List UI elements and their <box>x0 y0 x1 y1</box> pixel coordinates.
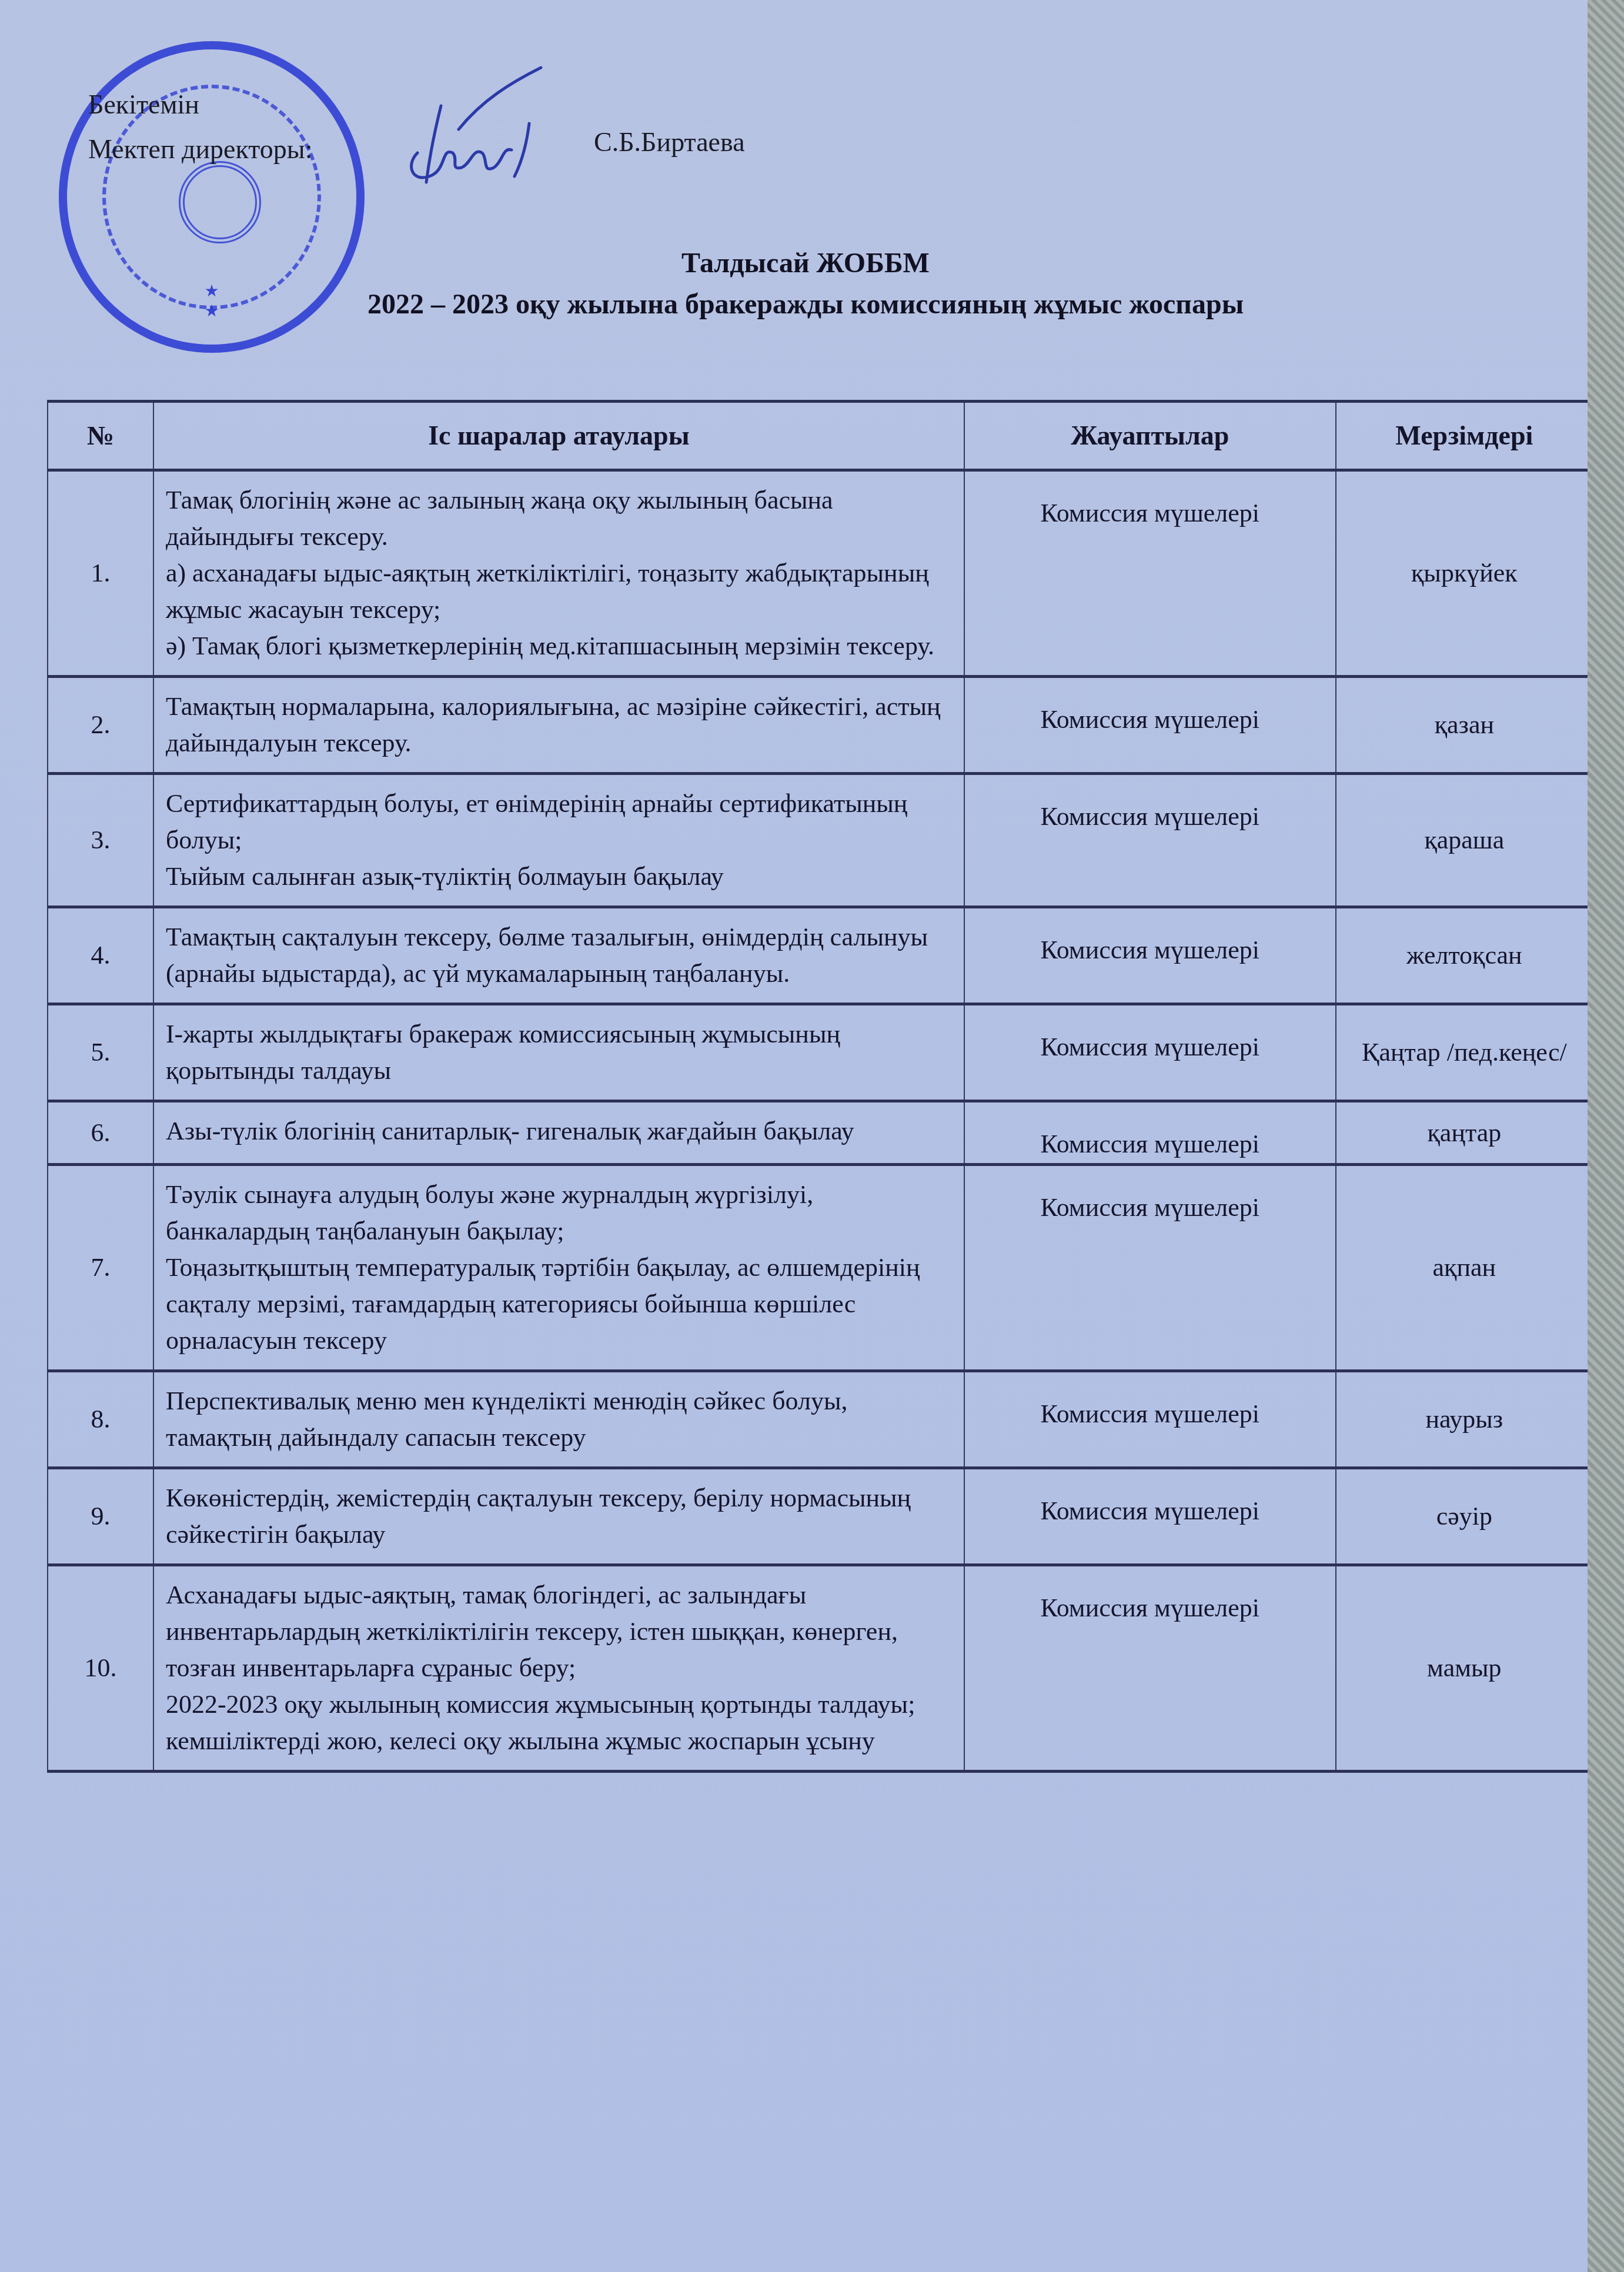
table-row: 10.Асханадағы ыдыс-аяқтың, тамақ блогінд… <box>48 1565 1593 1772</box>
responsible-cell: Комиссия мүшелері <box>964 677 1336 774</box>
activity-text: Перспективалық меню мен күнделікті менюд… <box>166 1383 952 1456</box>
deadline-cell: Қаңтар /пед.кеңес/ <box>1336 1004 1593 1101</box>
table-row: 8.Перспективалық меню мен күнделікті мен… <box>48 1371 1593 1468</box>
table-row: 4.Тамақтың сақталуын тексеру, бөлме таза… <box>48 907 1593 1004</box>
row-number: 4. <box>48 907 153 1004</box>
table-row: 5.І-жарты жылдықтағы бракераж комиссиясы… <box>48 1004 1593 1101</box>
signer-name: С.Б.Биртаева <box>594 126 745 158</box>
activity-cell: Перспективалық меню мен күнделікті менюд… <box>153 1371 964 1468</box>
row-number: 7. <box>48 1165 153 1371</box>
responsible-cell: Комиссия мүшелері <box>964 1165 1336 1371</box>
column-header-deadlines: Мерзімдері <box>1336 402 1593 470</box>
table-row: 7.Тәулік сынауға алудың болуы және журна… <box>48 1165 1593 1371</box>
column-header-activities: Іс шаралар атаулары <box>153 402 964 470</box>
approver-position: Мектеп директоры: <box>88 127 312 172</box>
activity-cell: Азы-түлік блогінің санитарлық- гигеналық… <box>153 1101 964 1165</box>
activity-text: Асханадағы ыдыс-аяқтың, тамақ блогіндегі… <box>166 1577 952 1686</box>
document-page: ★ ★ Бекітемін Мектеп директоры: С.Б.Бирт… <box>0 0 1588 2272</box>
row-number: 9. <box>48 1468 153 1565</box>
deadline-cell: желтоқсан <box>1336 907 1593 1004</box>
deadline-cell: қаңтар <box>1336 1101 1593 1165</box>
activity-text: І-жарты жылдықтағы бракераж комиссиясыны… <box>166 1016 952 1089</box>
activity-text: Сертификаттардың болуы, ет өнімдерінің а… <box>166 786 952 858</box>
deadline-cell: қараша <box>1336 774 1593 907</box>
table-row: 2.Тамақтың нормаларына, калориялығына, а… <box>48 677 1593 774</box>
activity-text: 2022-2023 оқу жылының комиссия жұмысының… <box>166 1686 952 1759</box>
responsible-cell: Комиссия мүшелері <box>964 1004 1336 1101</box>
table-row: 1. Тамақ блогінің және ас залының жаңа о… <box>48 470 1593 677</box>
activity-cell: І-жарты жылдықтағы бракераж комиссиясыны… <box>153 1004 964 1101</box>
activity-cell: Тамақтың сақталуын тексеру, бөлме тазалы… <box>153 907 964 1004</box>
activity-text: Көкөністердің, жемістердің сақталуын тек… <box>166 1480 952 1553</box>
activity-cell: Тамақтың нормаларына, калориялығына, ас … <box>153 677 964 774</box>
row-number: 2. <box>48 677 153 774</box>
activity-text: Тамақтың нормаларына, калориялығына, ас … <box>166 689 952 761</box>
activity-text: Тамақтың сақталуын тексеру, бөлме тазалы… <box>166 919 952 992</box>
activity-text: Тоңазытқыштың температуралық тәртібін ба… <box>166 1249 952 1359</box>
document-title: 2022 – 2023 оқу жылына бракеражды комисс… <box>0 288 1588 320</box>
activity-cell: Тәулік сынауға алудың болуы және журналд… <box>153 1165 964 1371</box>
deadline-cell: ақпан <box>1336 1165 1593 1371</box>
responsible-cell: Комиссия мүшелері <box>964 907 1336 1004</box>
deadline-cell: сәуір <box>1336 1468 1593 1565</box>
work-plan-table: № Іс шаралар атаулары Жауаптылар Мерзімд… <box>47 400 1593 1773</box>
activity-text: а) асханадағы ыдыс-аяқтың жеткіліктілігі… <box>166 555 952 628</box>
row-number: 6. <box>48 1101 153 1165</box>
table-row: 6.Азы-түлік блогінің санитарлық- гигенал… <box>48 1101 1593 1165</box>
activity-cell: Сертификаттардың болуы, ет өнімдерінің а… <box>153 774 964 907</box>
state-emblem-icon <box>179 161 261 243</box>
school-name: Талдысай ЖОББМ <box>0 247 1588 279</box>
deadline-cell: қазан <box>1336 677 1593 774</box>
activity-text: Тамақ блогінің және ас залының жаңа оқу … <box>166 482 952 555</box>
signature-icon <box>394 65 564 194</box>
row-number: 8. <box>48 1371 153 1468</box>
approval-label: Бекітемін <box>88 82 312 127</box>
table-row: 3.Сертификаттардың болуы, ет өнімдерінің… <box>48 774 1593 907</box>
row-number: 1. <box>48 470 153 677</box>
deadline-cell: мамыр <box>1336 1565 1593 1772</box>
row-number: 5. <box>48 1004 153 1101</box>
column-header-number: № <box>48 402 153 470</box>
approval-block: Бекітемін Мектеп директоры: <box>88 82 312 172</box>
responsible-cell: Комиссия мүшелері <box>964 470 1336 677</box>
responsible-cell: Комиссия мүшелері <box>964 1101 1336 1165</box>
row-number: 3. <box>48 774 153 907</box>
activity-text: ә) Тамақ блогі қызметкерлерінің мед.кіта… <box>166 628 952 664</box>
responsible-cell: Комиссия мүшелері <box>964 1468 1336 1565</box>
background-wall <box>1588 0 1624 2272</box>
responsible-cell: Комиссия мүшелері <box>964 1565 1336 1772</box>
column-header-responsible: Жауаптылар <box>964 402 1336 470</box>
deadline-cell: наурыз <box>1336 1371 1593 1468</box>
responsible-cell: Комиссия мүшелері <box>964 774 1336 907</box>
activity-text: Тыйым салынған азық-түліктің болмауын ба… <box>166 858 952 895</box>
activity-cell: Көкөністердің, жемістердің сақталуын тек… <box>153 1468 964 1565</box>
activity-text: Тәулік сынауға алудың болуы және журналд… <box>166 1177 952 1249</box>
row-number: 10. <box>48 1565 153 1772</box>
responsible-cell: Комиссия мүшелері <box>964 1371 1336 1468</box>
table-header-row: № Іс шаралар атаулары Жауаптылар Мерзімд… <box>48 402 1593 470</box>
activity-text: Азы-түлік блогінің санитарлық- гигеналық… <box>166 1113 952 1150</box>
deadline-cell: қыркүйек <box>1336 470 1593 677</box>
table-row: 9.Көкөністердің, жемістердің сақталуын т… <box>48 1468 1593 1565</box>
activity-cell: Асханадағы ыдыс-аяқтың, тамақ блогіндегі… <box>153 1565 964 1772</box>
activity-cell: Тамақ блогінің және ас залының жаңа оқу … <box>153 470 964 677</box>
